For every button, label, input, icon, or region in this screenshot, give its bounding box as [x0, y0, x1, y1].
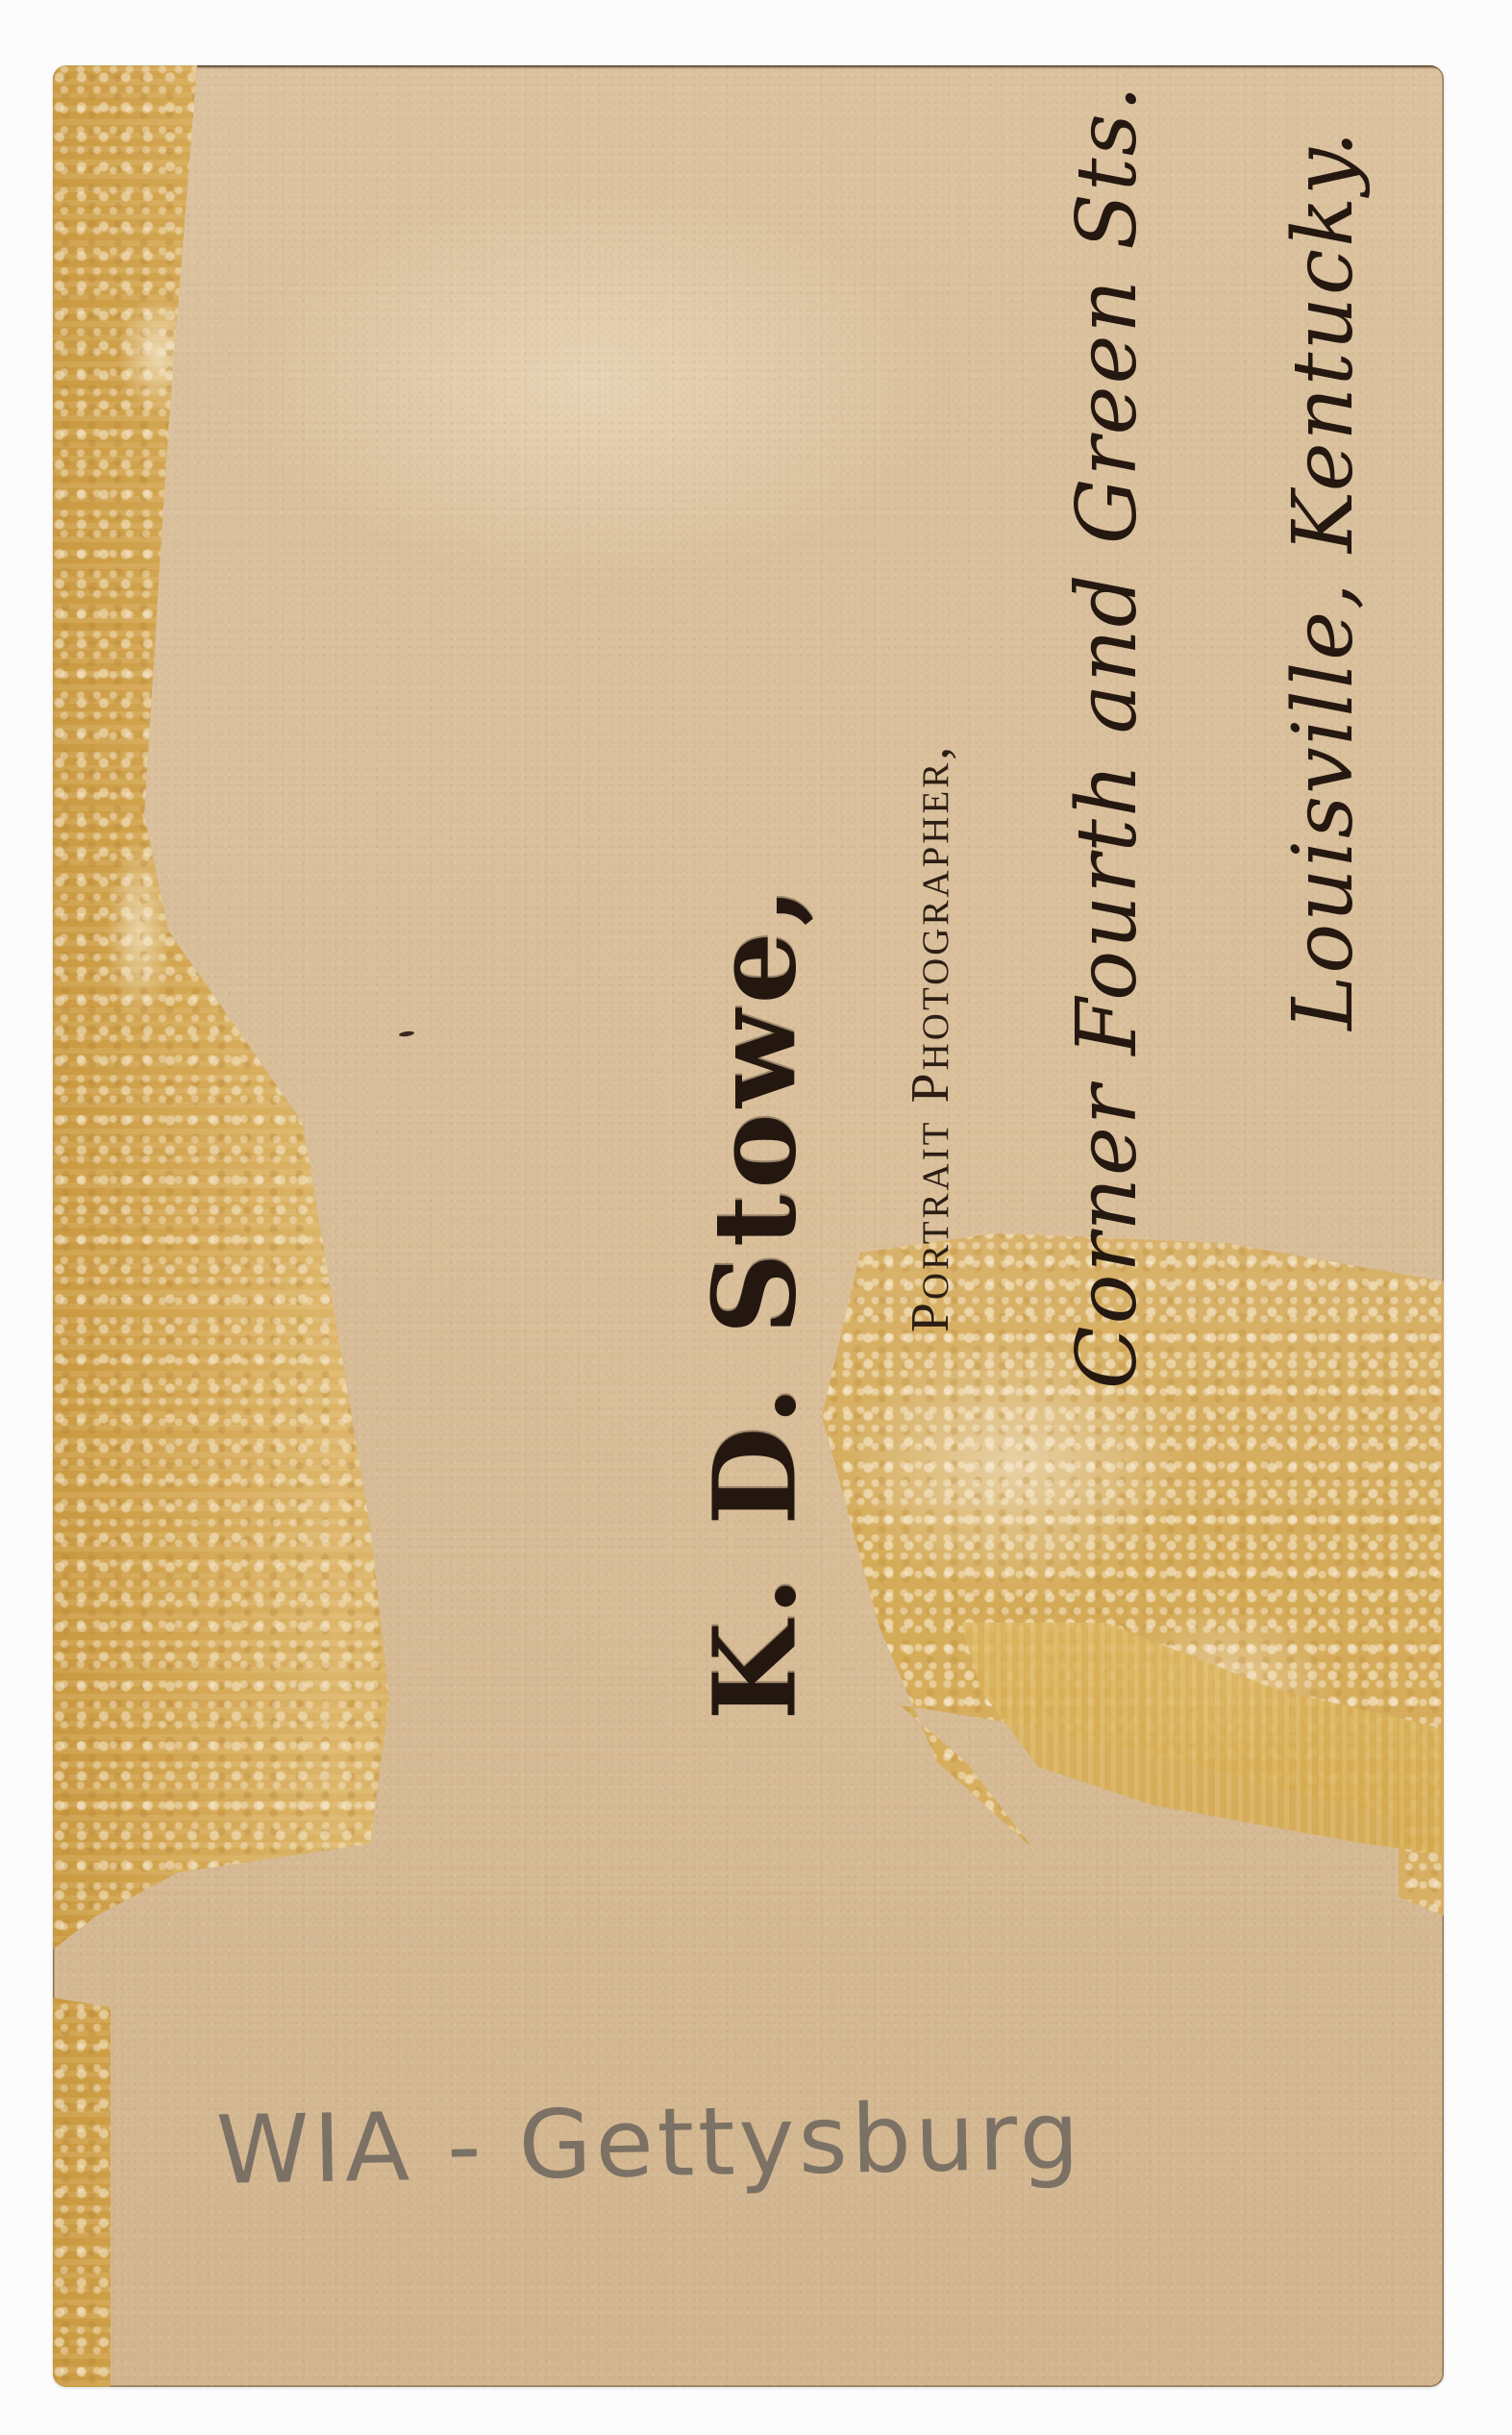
photographer-title: Portrait Photographer, — [900, 744, 961, 1333]
photo-card-back: K. D. Stowe, Portrait Photographer, Corn… — [53, 65, 1444, 2387]
studio-address: Corner Fourth and Green Sts. — [1059, 84, 1155, 1389]
photographer-name: K. D. Stowe, — [688, 881, 822, 1720]
tape-remnant-left-texture — [53, 65, 457, 2387]
scan-background: K. D. Stowe, Portrait Photographer, Corn… — [0, 0, 1512, 2435]
ink-speck — [399, 1031, 415, 1037]
card-top-edge — [53, 65, 1444, 69]
pencil-annotation: WIA - Gettysburg — [215, 2081, 1084, 2206]
studio-city: Louisville, Kentucky. — [1276, 129, 1372, 1031]
